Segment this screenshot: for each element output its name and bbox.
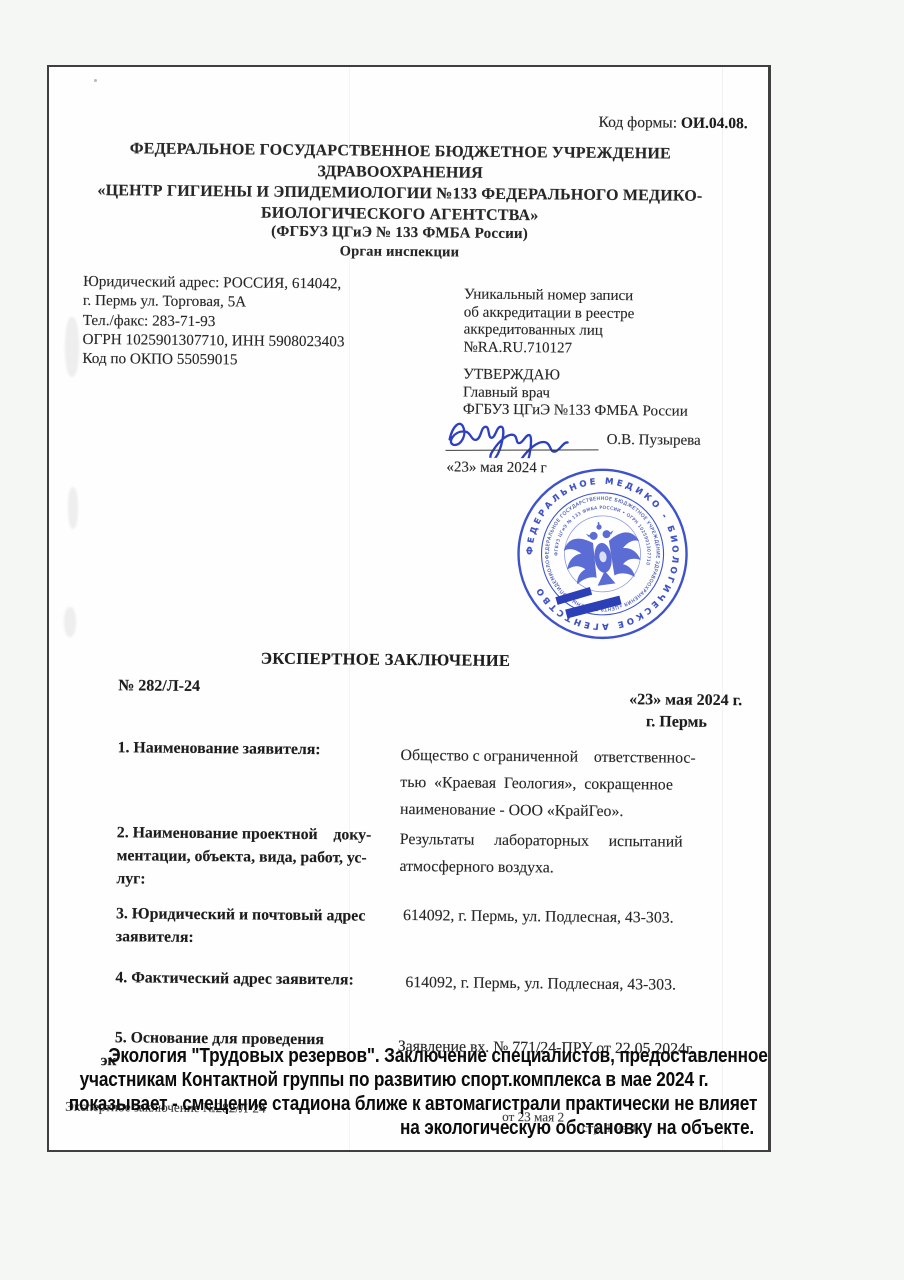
issue-date: «23» мая 2024 г. [629,691,742,710]
item2-value: Результаты лабораторных испытаний атмосф… [399,826,682,883]
item4-value: 614092, г. Пермь, ул. Подлесная, 43-303. [405,974,676,995]
item2-label-line: ментации, объекта, вида, работ, ус- [117,844,372,869]
accreditation-line: об аккредитации в реестре [464,304,635,323]
item3-label: 3. Юридический и почтовый адрес заявител… [116,902,366,950]
issue-city: г. Пермь [646,713,707,732]
accreditation-line: №RA.RU.710127 [463,339,634,358]
approval-word: УТВЕРЖДАЮ [463,367,688,387]
legal-address-line: ОГРН 1025901307710, ИНН 5908023403 [82,330,344,352]
form-code: Код формы: ОИ.04.08. [598,114,747,133]
item3-label-line: 3. Юридический и почтовый адрес [116,902,366,927]
scan-layer: Код формы: ОИ.04.08. ФЕДЕРАЛЬНОЕ ГОСУДАР… [44,64,773,1154]
item1-value-line: Общество с ограниченной ответственнос- [400,742,695,772]
accreditation-block: Уникальный номер записи об аккредитации … [463,287,634,359]
item2-label-line: луг: [116,867,371,892]
form-code-value: ОИ.04.08. [681,115,748,133]
overlay-line-4: на экологическую обстановку на объекте. [400,1116,754,1140]
item1-value: Общество с ограниченной ответственнос- т… [400,742,696,826]
document-canvas: Код формы: ОИ.04.08. ФЕДЕРАЛЬНОЕ ГОСУДАР… [0,0,904,1280]
legal-address-line: Тел./факс: 283-71-93 [83,310,345,332]
overlay-line-2: участникам Контактной группы по развитию… [80,1068,709,1092]
document-page: Код формы: ОИ.04.08. ФЕДЕРАЛЬНОЕ ГОСУДАР… [47,65,771,1152]
item1-value-line: тью «Краевая Геология», сокращенное [400,769,695,799]
legal-address-line: г. Пермь ул. Торговая, 5А [83,291,345,313]
document-number: № 282/Л-24 [118,677,200,696]
org-header-line-2: ЗДРАВООХРАНЕНИЯ [53,161,747,186]
signer-name: О.В. Пузырева [607,432,701,450]
form-code-label: Код формы: [599,114,682,132]
official-round-stamp: ФЕДЕРАЛЬНОЕ МЕДИКО - БИОЛОГИЧЕСКОЕ АГЕНТ… [512,463,694,645]
item3-value: 614092, г. Пермь, ул. Подлесная, 43-303. [403,907,674,928]
item2-value-line: атмосферного воздуха. [399,853,682,883]
signature-scrawl [443,409,611,459]
item4-label: 4. Фактический адрес заявителя: [115,969,353,989]
item1-value-line: наименование - ООО «КрайГео». [400,796,695,826]
item2-value-line: Результаты лабораторных испытаний [400,826,683,856]
document-title: ЭКСПЕРТНОЕ ЗАКЛЮЧЕНИЕ [48,647,722,673]
overlay-line-1: Экология "Трудовых резервов". Заключение… [108,1044,767,1068]
approval-position: Главный врач [463,384,688,404]
legal-address-line: Код по ОКПО 55059015 [82,349,344,371]
accreditation-line: Уникальный номер записи [464,287,635,306]
item2-label-line: 2. Наименование проектной доку- [117,821,372,846]
item3-label-line: заявителя: [116,925,366,950]
org-header-line-1: ФЕДЕРАЛЬНОЕ ГОСУДАРСТВЕННОЕ БЮДЖЕТНОЕ УЧ… [53,140,747,165]
item1-label: 1. Наименование заявителя: [118,739,321,759]
accreditation-line: аккредитованных лиц [464,322,635,341]
org-header-line-3: «ЦЕНТР ГИГИЕНЫ И ЭПИДЕМИОЛОГИИ №133 ФЕДЕ… [53,182,747,207]
legal-address-block: Юридический адрес: РОССИЯ, 614042, г. Пе… [82,272,345,371]
item2-label: 2. Наименование проектной доку- ментации… [116,821,371,892]
legal-address-line: Юридический адрес: РОССИЯ, 614042, [83,272,345,294]
overlay-line-3: показывает - смещение стадиона ближе к а… [69,1092,757,1116]
